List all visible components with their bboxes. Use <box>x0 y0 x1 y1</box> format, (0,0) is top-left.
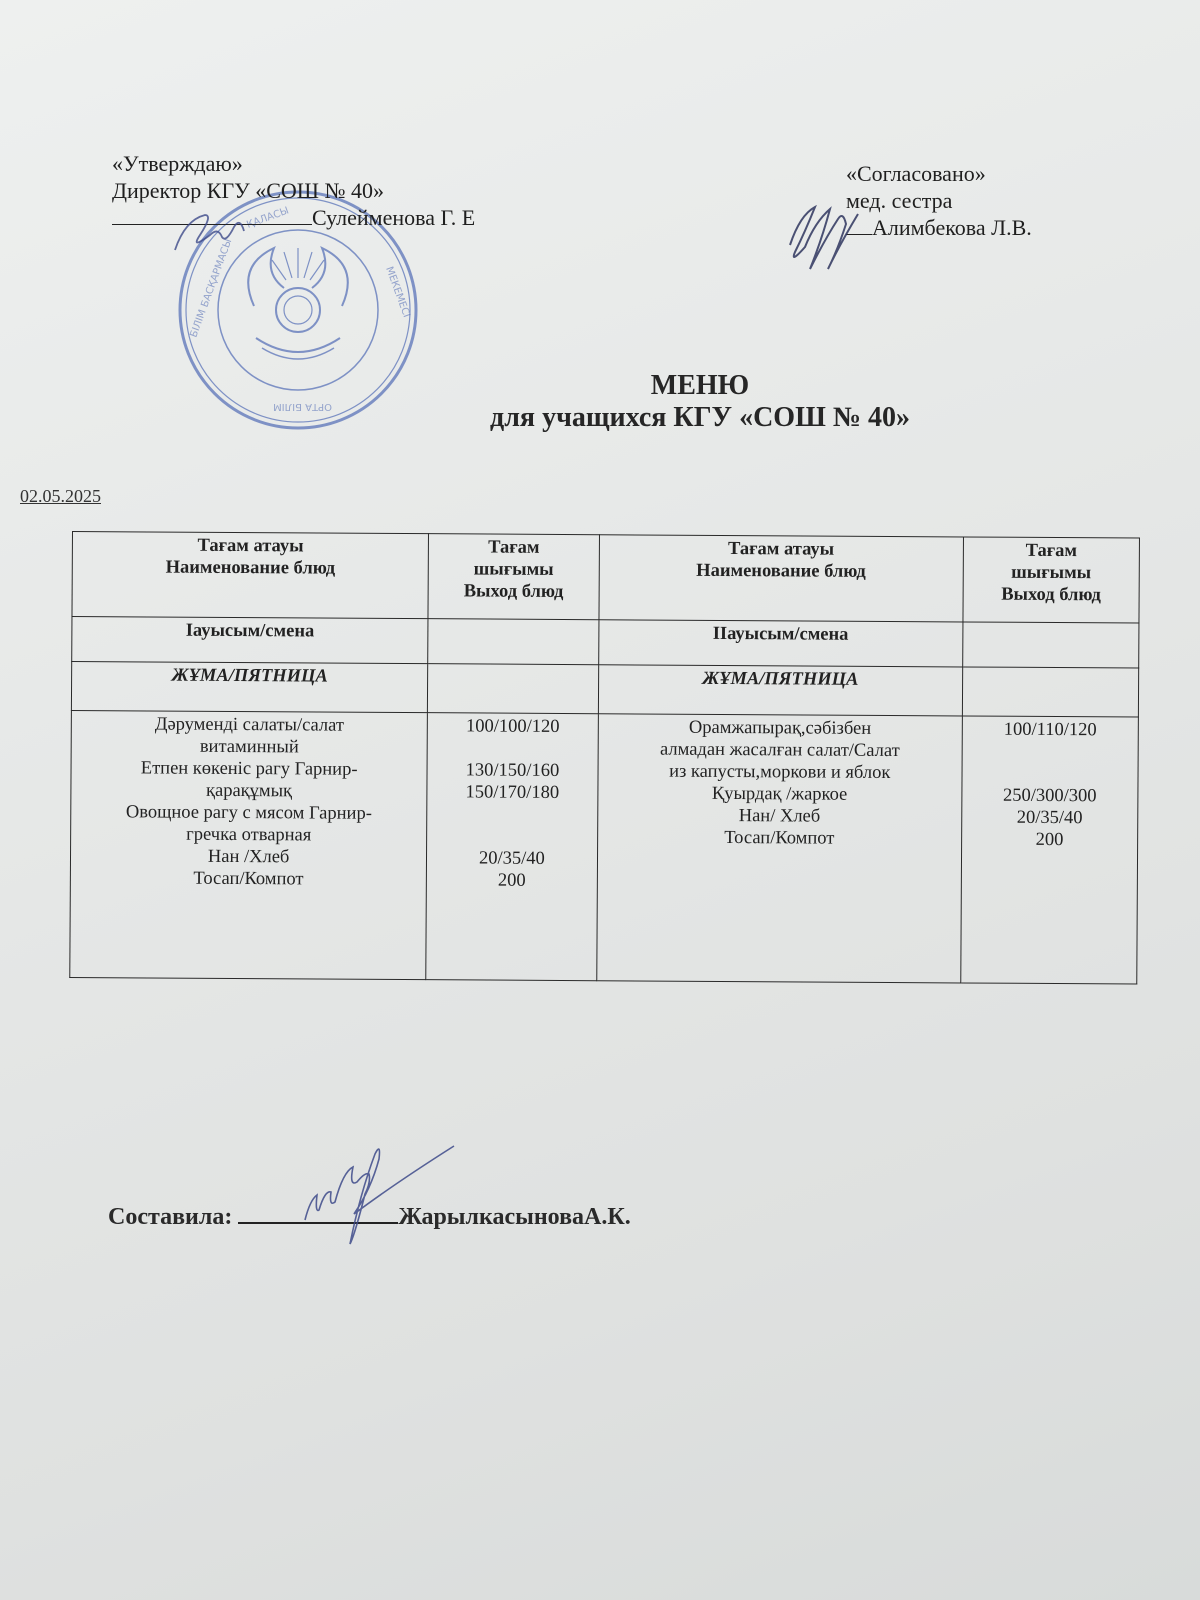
header-text: Тағам атауы <box>603 537 958 561</box>
empty-cell <box>962 667 1138 717</box>
dish-line: Орамжапырақ,сәбiзбен <box>602 716 957 740</box>
nurse-signature-icon <box>780 200 875 275</box>
document-title: МЕНЮ для учащихся КГУ «СОШ № 40» <box>0 370 1200 434</box>
empty-cell <box>963 622 1139 668</box>
dishes-row: Дәрумендi салаты/салатвитаминныйЕтпен кө… <box>70 710 1139 984</box>
shift-2-label: IIауысым/смена <box>598 620 963 667</box>
shift-2-yields: 100/110/120250/300/30020/35/40200 <box>961 716 1139 984</box>
dish-line: Тосап/Компот <box>75 867 422 891</box>
yield-value: 150/170/180 <box>432 781 593 804</box>
header-yield-2: Тағам шығымы Выход блюд <box>963 537 1140 623</box>
approval-signature-line: Сулейменова Г. Е <box>112 204 475 231</box>
shift-row: Iауысым/смена IIауысым/смена <box>72 617 1139 669</box>
agreement-heading: «Согласовано» <box>846 160 1032 187</box>
header-text: Выход блюд <box>967 583 1134 606</box>
dish-line: Қуырдақ /жаркое <box>602 782 957 806</box>
header-dish-name-1: Тағам атауы Наименование блюд <box>72 532 429 619</box>
approval-position: Директор КГУ «СОШ № 40» <box>112 177 475 204</box>
approval-heading: «Утверждаю» <box>112 150 475 177</box>
menu-table: Тағам атауы Наименование блюд Тағам шығы… <box>69 531 1140 985</box>
shift-1-yields: 100/100/120130/150/160150/170/18020/35/4… <box>426 713 598 981</box>
yield-value <box>431 825 592 848</box>
yield-value: 250/300/300 <box>966 784 1133 807</box>
shift-1-label: Iауысым/смена <box>72 617 429 664</box>
empty-cell <box>428 619 599 665</box>
agreement-name: Алимбекова Л.В. <box>872 215 1032 240</box>
header-text: Тағам атауы <box>77 534 424 558</box>
table-header-row: Тағам атауы Наименование блюд Тағам шығы… <box>72 532 1139 624</box>
shift-2-dishes: Орамжапырақ,сәбiзбеналмадан жасалған сал… <box>596 714 962 983</box>
shift-1-dishes: Дәрумендi салаты/салатвитаминныйЕтпен кө… <box>70 710 428 979</box>
menu-date: 02.05.2025 <box>20 486 101 507</box>
header-yield-1: Тағам шығымы Выход блюд <box>428 534 599 620</box>
dish-line: витаминный <box>76 735 423 759</box>
dish-line: алмадан жасалған салат/Салат <box>602 738 957 762</box>
yield-value: 100/110/120 <box>967 718 1134 741</box>
header-dish-name-2: Тағам атауы Наименование блюд <box>599 535 964 622</box>
dish-line: гречка отварная <box>75 823 422 847</box>
dish-line: из капусты,моркови и яблок <box>602 760 957 784</box>
dish-line: Етпен көкенiс рагу Гарнир- <box>75 757 422 781</box>
empty-cell <box>428 664 599 714</box>
header-text: Тағам <box>433 536 594 559</box>
approval-name: Сулейменова Г. Е <box>312 205 475 230</box>
approval-block: «Утверждаю» Директор КГУ «СОШ № 40» Суле… <box>112 150 475 231</box>
dish-line: Тосап/Компот <box>602 826 957 850</box>
day-label-shift-1: ЖҰМА/ПЯТНИЦА <box>71 662 428 713</box>
dish-line: Нан /Хлеб <box>75 845 422 869</box>
day-row: ЖҰМА/ПЯТНИЦА ЖҰМА/ПЯТНИЦА <box>71 662 1138 718</box>
compiler-signature-icon <box>275 1125 475 1245</box>
header-text: шығымы <box>433 558 594 581</box>
header-text: шығымы <box>968 561 1135 584</box>
dish-line: Нан/ Хлеб <box>602 804 957 828</box>
header-text: Наименование блюд <box>603 559 958 583</box>
yield-value: 100/100/120 <box>432 715 593 738</box>
yield-value <box>966 762 1133 785</box>
title-line-2: для учащихся КГУ «СОШ № 40» <box>0 402 1200 434</box>
dish-line: Овощное рагу с мясом Гарнир- <box>75 801 422 825</box>
yield-value: 20/35/40 <box>431 847 592 870</box>
yield-value <box>432 737 593 760</box>
title-line-1: МЕНЮ <box>0 370 1200 402</box>
header-text: Тағам <box>968 539 1135 562</box>
header-text: Наименование блюд <box>77 556 424 580</box>
director-signature-icon <box>170 205 260 255</box>
yield-value: 200 <box>431 869 592 892</box>
yield-value: 130/150/160 <box>432 759 593 782</box>
dish-line: қарақұмық <box>75 779 422 803</box>
day-label-shift-2: ЖҰМА/ПЯТНИЦА <box>598 665 963 716</box>
yield-value <box>966 740 1133 763</box>
yield-value: 200 <box>966 828 1133 851</box>
yield-value: 20/35/40 <box>966 806 1133 829</box>
svg-text:МЕКЕМЕСІ: МЕКЕМЕСІ <box>383 265 412 319</box>
header-text: Выход блюд <box>433 580 594 603</box>
yield-value <box>431 803 592 826</box>
dish-line: Дәрумендi салаты/салат <box>76 713 423 737</box>
compiled-label: Составила: <box>108 1204 232 1230</box>
